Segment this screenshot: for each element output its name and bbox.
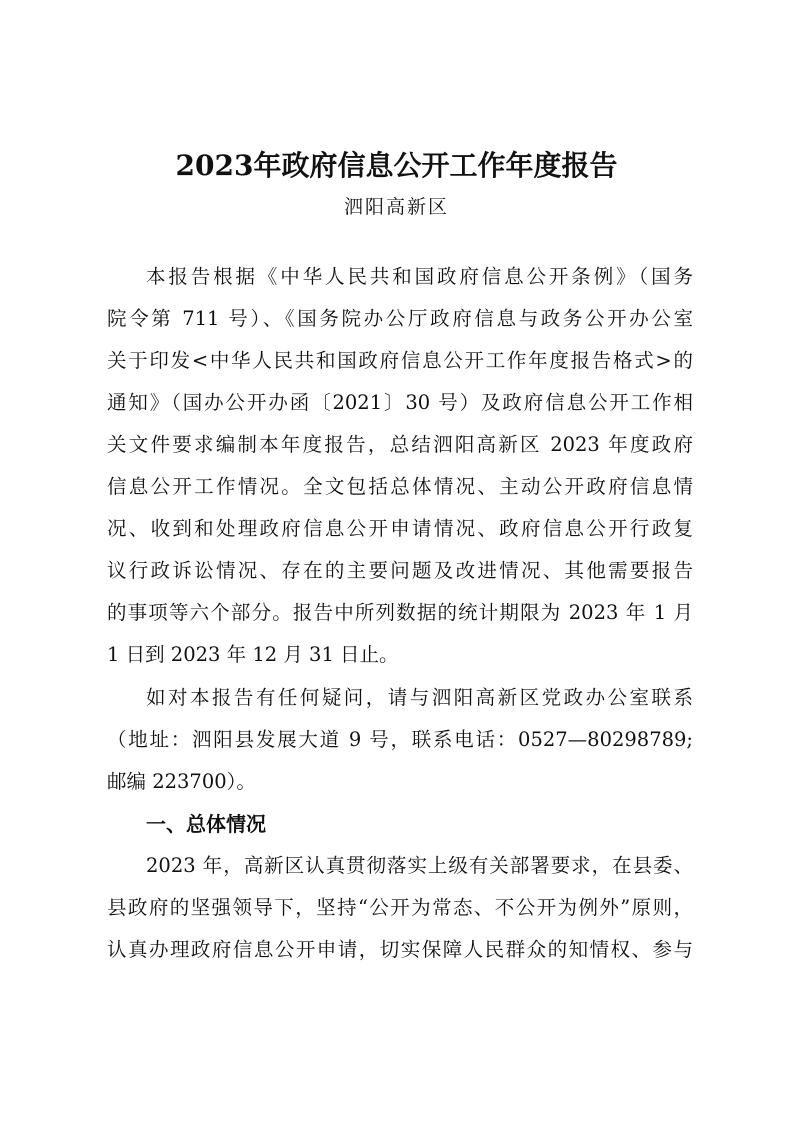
paragraph-line: 2023 年，高新区认真贯彻落实上级有关部署要求，在县委、 [146, 854, 693, 878]
paragraph-line: （地址：泗阳县发展大道 9 号，联系电话：0527—80298789; [107, 728, 693, 752]
paragraph-line: 县政府的坚强领导下，坚持“公开为常态、不公开为例外”原则， [107, 896, 693, 920]
paragraph-line: 关文件要求编制本年度报告，总结泗阳高新区 2023 年度政府 [107, 433, 693, 457]
paragraph-line: 的事项等六个部分。报告中所列数据的统计期限为 2023 年 1 月 [107, 601, 693, 625]
document-title: 2023年政府信息公开工作年度报告 [0, 144, 793, 184]
document-subtitle: 泗阳高新区 [0, 192, 793, 219]
paragraph-line: 况、收到和处理政府信息公开申请情况、政府信息公开行政复 [107, 517, 693, 541]
paragraph-line: 关于印发<中华人民共和国政府信息公开工作年度报告格式>的 [107, 349, 693, 373]
paragraph-line: 本报告根据《中华人民共和国政府信息公开条例》（国务 [146, 265, 693, 289]
paragraph-line: 1 日到 2023 年 12 月 31 日止。 [107, 643, 693, 667]
paragraph-line: 认真办理政府信息公开申请，切实保障人民群众的知情权、参与 [107, 938, 693, 962]
paragraph-line: 信息公开工作情况。全文包括总体情况、主动公开政府信息情 [107, 475, 693, 499]
paragraph-line: 邮编 223700）。 [107, 770, 693, 794]
paragraph-line: 院令第 711 号）、《国务院办公厅政府信息与政务公开办公室 [107, 307, 693, 331]
paragraph-line: 如对本报告有任何疑问，请与泗阳高新区党政办公室联系 [146, 686, 693, 710]
paragraph-line: 议行政诉讼情况、存在的主要问题及改进情况、其他需要报告 [107, 559, 693, 583]
section-heading: 一、总体情况 [146, 812, 266, 836]
paragraph-line: 通知》（国办公开办函〔2021〕30 号）及政府信息公开工作相 [107, 391, 693, 415]
